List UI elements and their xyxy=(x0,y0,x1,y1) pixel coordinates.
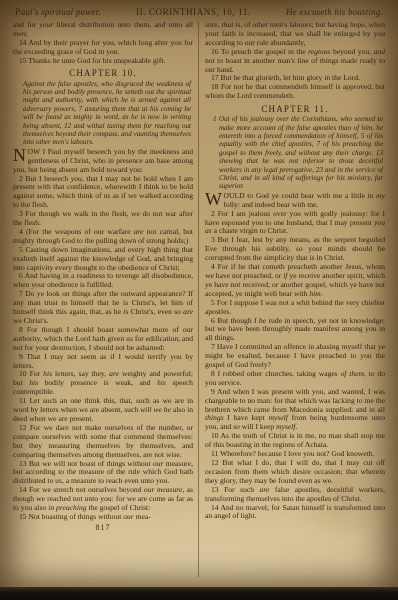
verse-paragraph: 14 And no marvel; for Satan himself is t… xyxy=(205,504,385,522)
verse-paragraph: 9 And when I was present with you, and w… xyxy=(205,388,385,433)
chapter-11-heading: CHAPTER 11. xyxy=(205,104,385,114)
verse-paragraph: 10 As the truth of Christ is in me, no m… xyxy=(205,432,385,450)
running-head-center: II. CORINTHIANS, 10, 11. xyxy=(136,7,251,17)
verse-paragraph: 10 For his letters, say they, are weight… xyxy=(13,370,193,397)
verse-paragraph: 11 Let such an one think this, that, suc… xyxy=(13,397,193,424)
verse-paragraph: WOULD to God ye could bear with me a lit… xyxy=(205,192,385,210)
verse-paragraph: 7 Do ye look on things after the outward… xyxy=(13,290,193,326)
photo-edge xyxy=(0,587,398,600)
verse-paragraph: 8 For though I should boast somewhat mor… xyxy=(13,326,193,353)
verse-paragraph: 18 For not he that commendeth himself is… xyxy=(205,83,385,101)
verse-paragraph: 4 (For the weapons of our warfare are no… xyxy=(13,228,193,246)
verse-paragraph: 13 But we will not boast of things witho… xyxy=(13,460,193,487)
running-head-right: He excuseth his boasting. xyxy=(286,7,383,17)
verse-paragraph: and for your liberal distribution unto t… xyxy=(13,21,193,39)
drop-cap-n: N xyxy=(13,148,28,164)
verse-text: OW I Paul myself beseech you by the meek… xyxy=(13,147,193,174)
verse-paragraph: 4 For if he that cometh preacheth anothe… xyxy=(205,263,385,299)
chapter-10-argument: Against the false apostles, who disgrace… xyxy=(13,80,193,147)
text-columns: and for your liberal distribution unto t… xyxy=(0,21,398,577)
drop-cap-w: W xyxy=(205,192,224,208)
verse-paragraph: 5 For I suppose I was not a whit behind … xyxy=(205,299,385,317)
verse-paragraph: 6 And having in a readiness to revenge a… xyxy=(13,272,193,290)
verse-paragraph: 2 But I beseech you, that I may not be b… xyxy=(13,175,193,211)
verse-paragraph: 5 Casting down imaginations, and every h… xyxy=(13,246,193,273)
bible-page: Paul's spiritual power. II. CORINTHIANS,… xyxy=(0,0,398,587)
verse-paragraph: 12 But what I do, that I will do, that I… xyxy=(205,459,385,486)
verse-paragraph: 13 For such are false apostles, deceitfu… xyxy=(205,486,385,504)
verse-paragraph: NOW I Paul myself beseech you by the mee… xyxy=(13,148,193,175)
page-number: 817 xyxy=(13,524,193,533)
chapter-10-heading: CHAPTER 10. xyxy=(13,68,193,78)
photo-of-bible-page: { "theme": { "paper-top": "#a3895a", "pa… xyxy=(0,0,398,600)
verse-paragraph: 7 Have I committed an offence in abasing… xyxy=(205,343,385,370)
verse-paragraph: 6 But though I be rude in speech, yet no… xyxy=(205,317,385,344)
verse-paragraph: 12 For we dare not make ourselves of the… xyxy=(13,424,193,460)
chapter-11-argument: 1 Out of his jealousy over the Corinthia… xyxy=(205,115,385,191)
left-column: and for your liberal distribution unto t… xyxy=(13,21,199,577)
verse-paragraph: 16 To preach the gospel in the regions b… xyxy=(205,48,385,75)
verse-paragraph: 8 I robbed other churches, taking wages … xyxy=(205,370,385,388)
running-head-left: Paul's spiritual power. xyxy=(15,7,101,17)
verse-paragraph: 9 That I may not seem as if I would terr… xyxy=(13,353,193,371)
verse-paragraph: 15 Thanks be unto God for his unspeakabl… xyxy=(13,57,193,66)
verse-text: OULD to God ye could bear with me a litt… xyxy=(224,191,386,209)
verse-paragraph: 3 For though we walk in the flesh, we do… xyxy=(13,210,193,228)
verse-paragraph: 2 For I am jealous over you with godly j… xyxy=(205,210,385,237)
verse-paragraph: 3 But I fear, lest by any means, as the … xyxy=(205,236,385,263)
verse-paragraph: sure, that is, of other men's labours; b… xyxy=(205,21,385,48)
verse-paragraph: 14 For we stretch not ourselves beyond o… xyxy=(13,486,193,513)
verse-paragraph: 15 Not boasting of things without our me… xyxy=(13,513,193,522)
verse-paragraph: 14 And by their prayer for you, which lo… xyxy=(13,39,193,57)
running-head: Paul's spiritual power. II. CORINTHIANS,… xyxy=(15,7,383,17)
right-column: sure, that is, of other men's labours; b… xyxy=(199,21,385,577)
